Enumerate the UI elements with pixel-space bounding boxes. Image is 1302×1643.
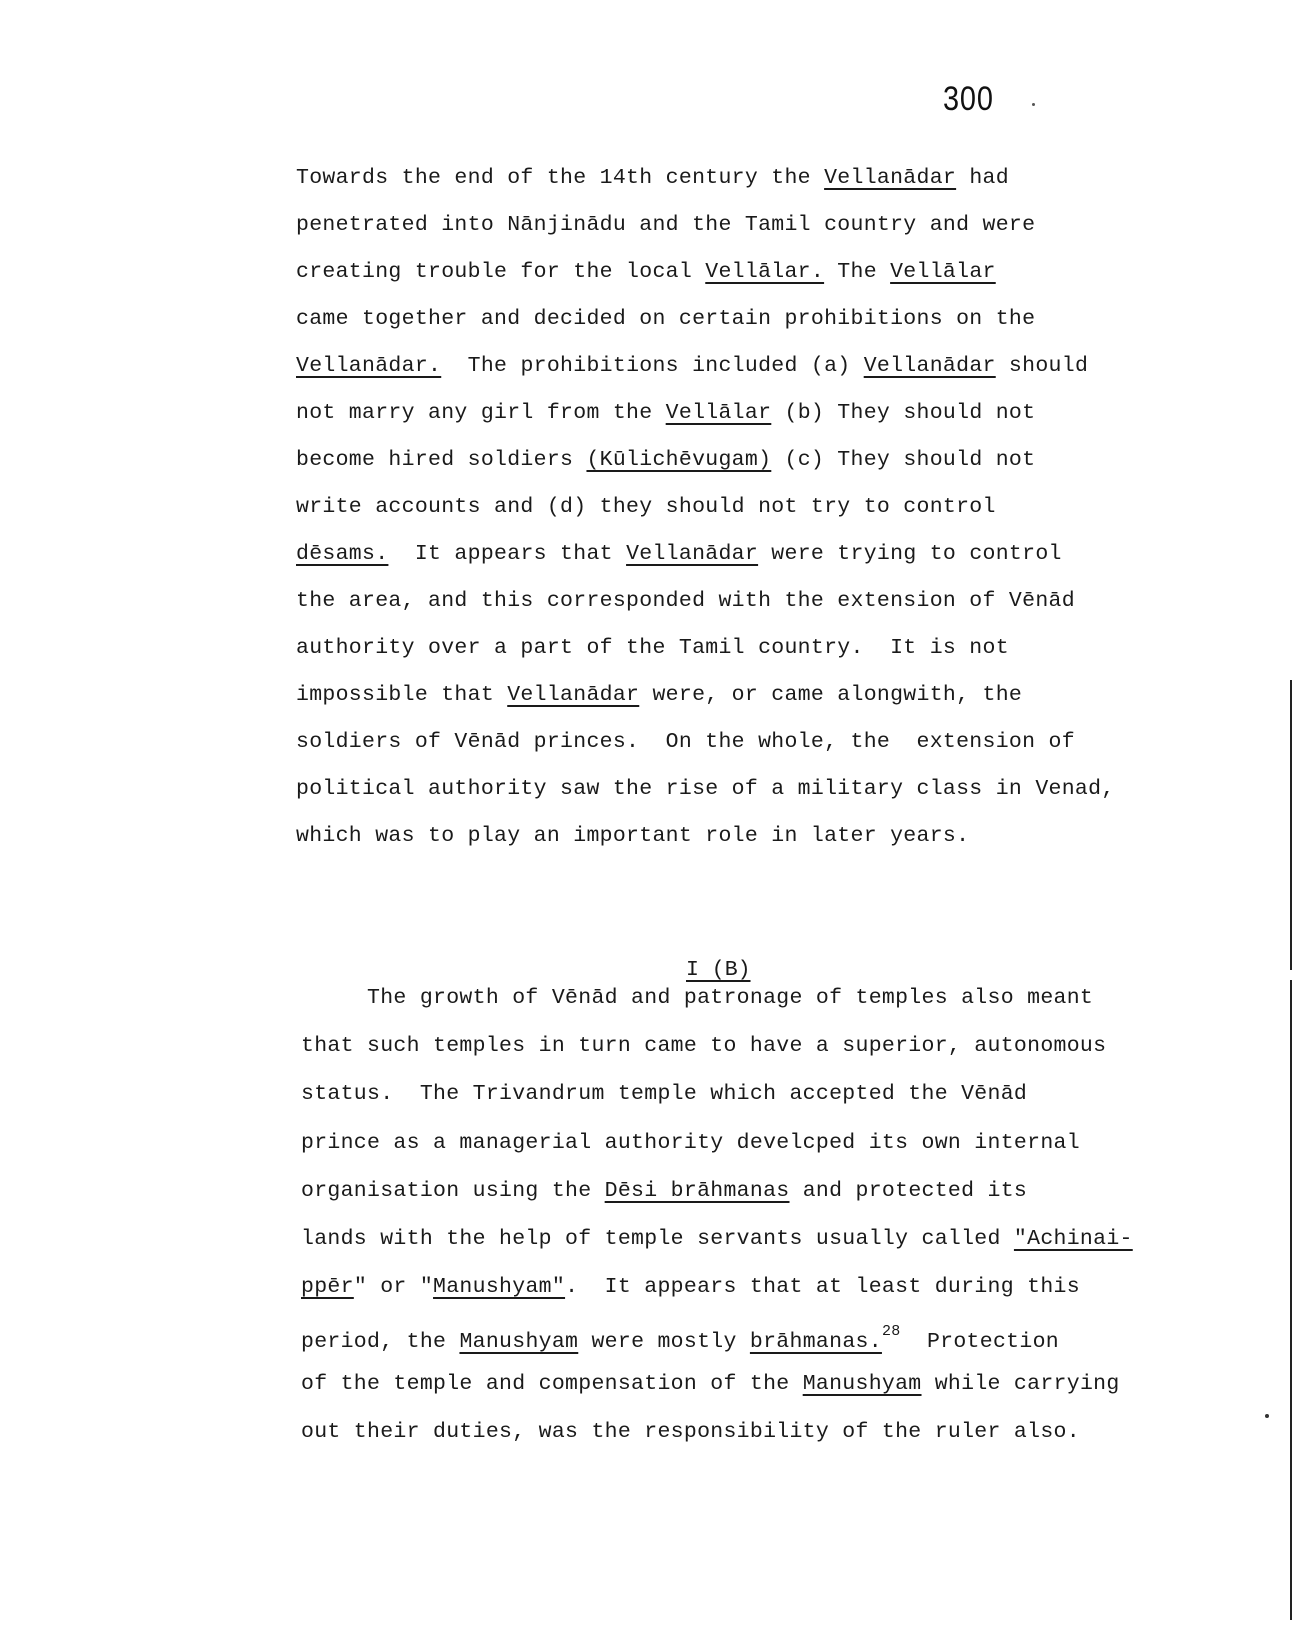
underlined-term: Manushyam: [803, 1372, 922, 1396]
underlined-term: Vellālar: [890, 260, 996, 284]
text-line: impossible that Vellanādar were, or came…: [296, 683, 1022, 707]
text-segment: Protection: [901, 1330, 1059, 1354]
text-line: organisation using the Dēsi brāhmanas an…: [301, 1179, 1027, 1203]
text-segment: period, the: [301, 1330, 459, 1354]
text-line: of the temple and compensation of the Ma…: [301, 1372, 1120, 1396]
text-line: came together and decided on certain pro…: [296, 307, 1035, 331]
text-line: penetrated into Nānjinādu and the Tamil …: [296, 213, 1035, 237]
text-segment: organisation using the: [301, 1179, 605, 1203]
text-segment: It appears that: [388, 542, 626, 566]
text-line: become hired soldiers (Kūlichēvugam) (c)…: [296, 448, 1035, 472]
text-segment: impossible that: [296, 683, 507, 707]
text-segment: the area, and this corresponded with the…: [296, 589, 1075, 613]
underlined-term: "Achinai-: [1014, 1227, 1133, 1251]
text-segment: status. The Trivandrum temple which acce…: [301, 1082, 1027, 1106]
underlined-term: Manushyam": [433, 1275, 565, 1299]
text-segment: . It appears that at least during this: [565, 1275, 1080, 1299]
text-line: authority over a part of the Tamil count…: [296, 636, 1009, 660]
text-line: write accounts and (d) they should not t…: [296, 495, 996, 519]
underlined-term: Vellālar.: [705, 260, 824, 284]
text-line: status. The Trivandrum temple which acce…: [301, 1082, 1027, 1106]
text-segment: of the temple and compensation of the: [301, 1372, 803, 1396]
text-line: dēsams. It appears that Vellanādar were …: [296, 542, 1062, 566]
text-line: prince as a managerial authority develcp…: [301, 1131, 1080, 1155]
text-line: lands with the help of temple servants u…: [301, 1227, 1133, 1251]
text-segment: were, or came alongwith, the: [639, 683, 1022, 707]
underlined-term: Vellanādar: [507, 683, 639, 707]
text-segment: not marry any girl from the: [296, 401, 666, 425]
text-segment: creating trouble for the local: [296, 260, 705, 284]
text-line: the area, and this corresponded with the…: [296, 589, 1075, 613]
text-segment: political authority saw the rise of a mi…: [296, 777, 1115, 801]
text-segment: The growth of Vēnād and patronage of tem…: [301, 986, 1093, 1010]
underlined-term: Vellanādar: [864, 354, 996, 378]
text-segment: " or ": [354, 1275, 433, 1299]
text-segment: came together and decided on certain pro…: [296, 307, 1035, 331]
underlined-term: Dēsi brāhmanas: [605, 1179, 790, 1203]
margin-rule: [1290, 680, 1292, 970]
text-segment: become hired soldiers: [296, 448, 586, 472]
text-segment: and protected its: [790, 1179, 1028, 1203]
underlined-term: dēsams.: [296, 542, 388, 566]
margin-mark: [1265, 1414, 1269, 1418]
text-line: Towards the end of the 14th century the …: [296, 166, 1009, 190]
text-line: soldiers of Vēnād princes. On the whole,…: [296, 730, 1075, 754]
page-number: 300: [943, 80, 994, 119]
text-line: which was to play an important role in l…: [296, 824, 969, 848]
text-segment: (c) They should not: [771, 448, 1035, 472]
underlined-term: (Kūlichēvugam): [586, 448, 771, 472]
text-line: ppēr" or "Manushyam". It appears that at…: [301, 1275, 1080, 1299]
text-segment: (b) They should not: [771, 401, 1035, 425]
text-line: out their duties, was the responsibility…: [301, 1420, 1080, 1444]
text-segment: which was to play an important role in l…: [296, 824, 969, 848]
text-segment: while carrying: [922, 1372, 1120, 1396]
footnote-ref: 28: [882, 1323, 901, 1340]
section-heading: I (B): [686, 958, 751, 982]
text-line: Vellanādar. The prohibitions included (a…: [296, 354, 1088, 378]
text-segment: that such temples in turn came to have a…: [301, 1034, 1106, 1058]
underlined-term: Vellanādar: [626, 542, 758, 566]
underlined-term: Vellālar: [666, 401, 772, 425]
margin-rule: [1290, 980, 1292, 1620]
text-line: political authority saw the rise of a mi…: [296, 777, 1115, 801]
underlined-term: ppēr: [301, 1275, 354, 1299]
underlined-term: brāhmanas.: [750, 1330, 882, 1354]
text-segment: write accounts and (d) they should not t…: [296, 495, 996, 519]
text-segment: The: [824, 260, 890, 284]
underlined-term: Vellanādar: [824, 166, 956, 190]
text-line: period, the Manushyam were mostly brāhma…: [301, 1323, 1059, 1354]
text-line: that such temples in turn came to have a…: [301, 1034, 1106, 1058]
underlined-term: Manushyam: [459, 1330, 578, 1354]
text-segment: soldiers of Vēnād princes. On the whole,…: [296, 730, 1075, 754]
text-segment: The prohibitions included (a): [441, 354, 863, 378]
text-segment: out their duties, was the responsibility…: [301, 1420, 1080, 1444]
text-line: not marry any girl from the Vellālar (b)…: [296, 401, 1035, 425]
text-segment: lands with the help of temple servants u…: [301, 1227, 1014, 1251]
text-segment: had: [956, 166, 1009, 190]
text-segment: were trying to control: [758, 542, 1062, 566]
text-segment: should: [996, 354, 1088, 378]
underlined-term: Vellanādar.: [296, 354, 441, 378]
text-segment: authority over a part of the Tamil count…: [296, 636, 1009, 660]
text-segment: Towards the end of the 14th century the: [296, 166, 824, 190]
text-segment: penetrated into Nānjinādu and the Tamil …: [296, 213, 1035, 237]
text-segment: prince as a managerial authority develcp…: [301, 1131, 1080, 1155]
text-line: The growth of Vēnād and patronage of tem…: [301, 986, 1093, 1010]
section-heading-text: I (B): [686, 958, 751, 982]
page-number-dot: [1032, 103, 1035, 106]
text-line: creating trouble for the local Vellālar.…: [296, 260, 996, 284]
text-segment: were mostly: [578, 1330, 750, 1354]
